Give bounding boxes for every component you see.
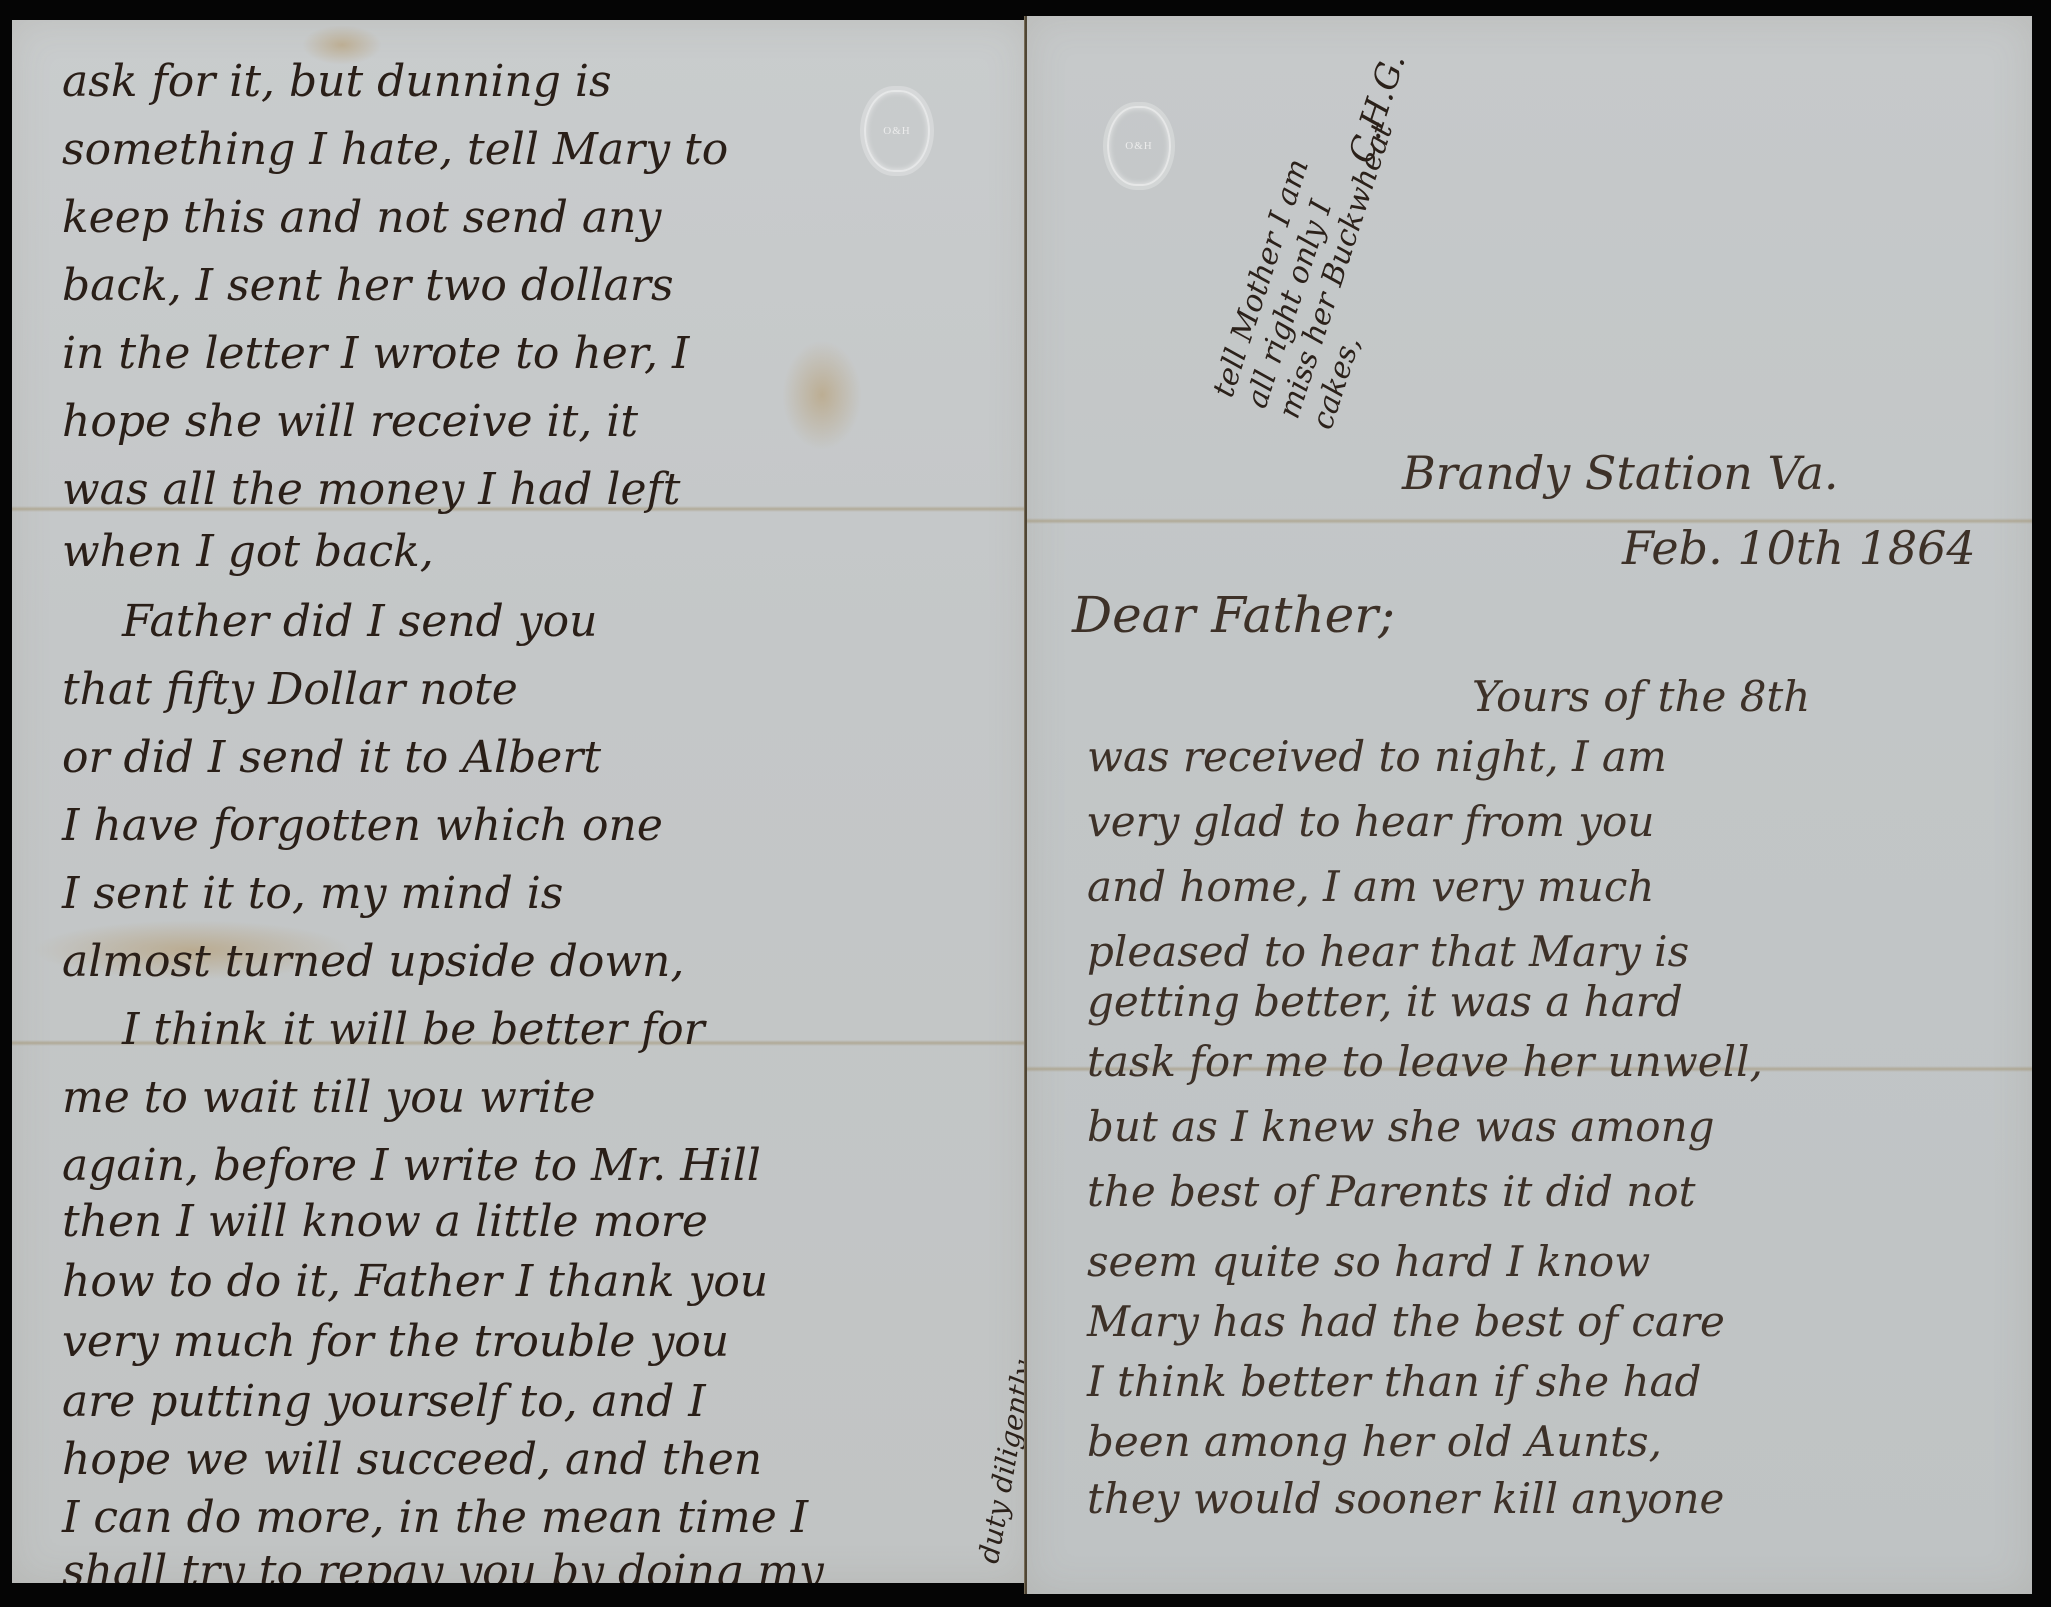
letter-line: they would sooner kill anyone <box>1087 1478 1724 1520</box>
letter-line: seem quite so hard I know <box>1087 1241 1650 1283</box>
letter-line: but as I knew she was among <box>1087 1106 1715 1148</box>
letter-line: task for me to leave her unwell, <box>1087 1041 1763 1083</box>
letter-line: something I hate, tell Mary to <box>62 128 728 172</box>
margin-note: duty diligently <box>972 1358 1027 1566</box>
letter-line: hope we will succeed, and then <box>62 1438 762 1482</box>
letter-line: Father did I send you <box>122 600 597 644</box>
letter-line: I think better than if she had <box>1087 1361 1701 1403</box>
letter-line: or did I send it to Albert <box>62 736 601 780</box>
postscript-note: tell Mother I am all right only I miss h… <box>1207 98 1434 434</box>
letter-line: I have forgotten which one <box>62 804 663 848</box>
embossed-seal-icon: O&H <box>1107 106 1171 186</box>
letter-line: me to wait till you write <box>62 1076 596 1120</box>
letter-line: that fifty Dollar note <box>62 668 518 712</box>
letter-line: very much for the trouble you <box>62 1320 729 1364</box>
letter-line: I sent it to, my mind is <box>62 872 563 916</box>
letter-line: shall try to repay you by doing my <box>62 1550 824 1583</box>
letter-line: the best of Parents it did not <box>1087 1171 1695 1213</box>
letter-line: very glad to hear from you <box>1087 801 1654 843</box>
seal-monogram: O&H <box>1125 140 1152 152</box>
letter-line: are putting yourself to, and I <box>62 1380 706 1424</box>
letter-line: been among her old Aunts, <box>1087 1421 1662 1463</box>
letter-date: Feb. 10th 1864 <box>1622 521 1976 575</box>
paper-stain <box>782 340 862 450</box>
letter-line: how to do it, Father I thank you <box>62 1260 768 1304</box>
letter-line: keep this and not send any <box>62 196 661 240</box>
letter-line: Yours of the 8th <box>1472 676 1810 718</box>
left-page: O&H ask for it, but dunning is something… <box>12 20 1027 1583</box>
letter-line: back, I sent her two dollars <box>62 264 674 308</box>
letter-line: again, before I write to Mr. Hill <box>62 1144 761 1188</box>
right-page: O&H tell Mother I am all right only I mi… <box>1027 16 2032 1594</box>
letter-line: ask for it, but dunning is <box>62 60 612 104</box>
letter-line: and home, I am very much <box>1087 866 1654 908</box>
letter-line: hope she will receive it, it <box>62 400 638 444</box>
letter-salutation: Dear Father; <box>1072 586 1395 644</box>
letter-line: then I will know a little more <box>62 1200 708 1244</box>
letter-place: Brandy Station Va. <box>1402 446 1839 500</box>
letter-line: I think it will be better for <box>122 1008 705 1052</box>
letter-line: in the letter I wrote to her, I <box>62 332 689 376</box>
letter-line: I can do more, in the mean time I <box>62 1496 808 1540</box>
letter-line: was received to night, I am <box>1087 736 1667 778</box>
letter-line: Mary has had the best of care <box>1087 1301 1725 1343</box>
letter-line: was all the money I had left <box>62 468 680 512</box>
letter-line: getting better, it was a hard <box>1087 981 1683 1023</box>
seal-monogram: O&H <box>883 125 910 137</box>
letter-line: when I got back, <box>62 530 434 574</box>
letter-line: pleased to hear that Mary is <box>1087 931 1689 973</box>
embossed-seal-icon: O&H <box>864 90 930 172</box>
letter-line: almost turned upside down, <box>62 940 684 984</box>
letter-scan: O&H ask for it, but dunning is something… <box>0 0 2051 1607</box>
